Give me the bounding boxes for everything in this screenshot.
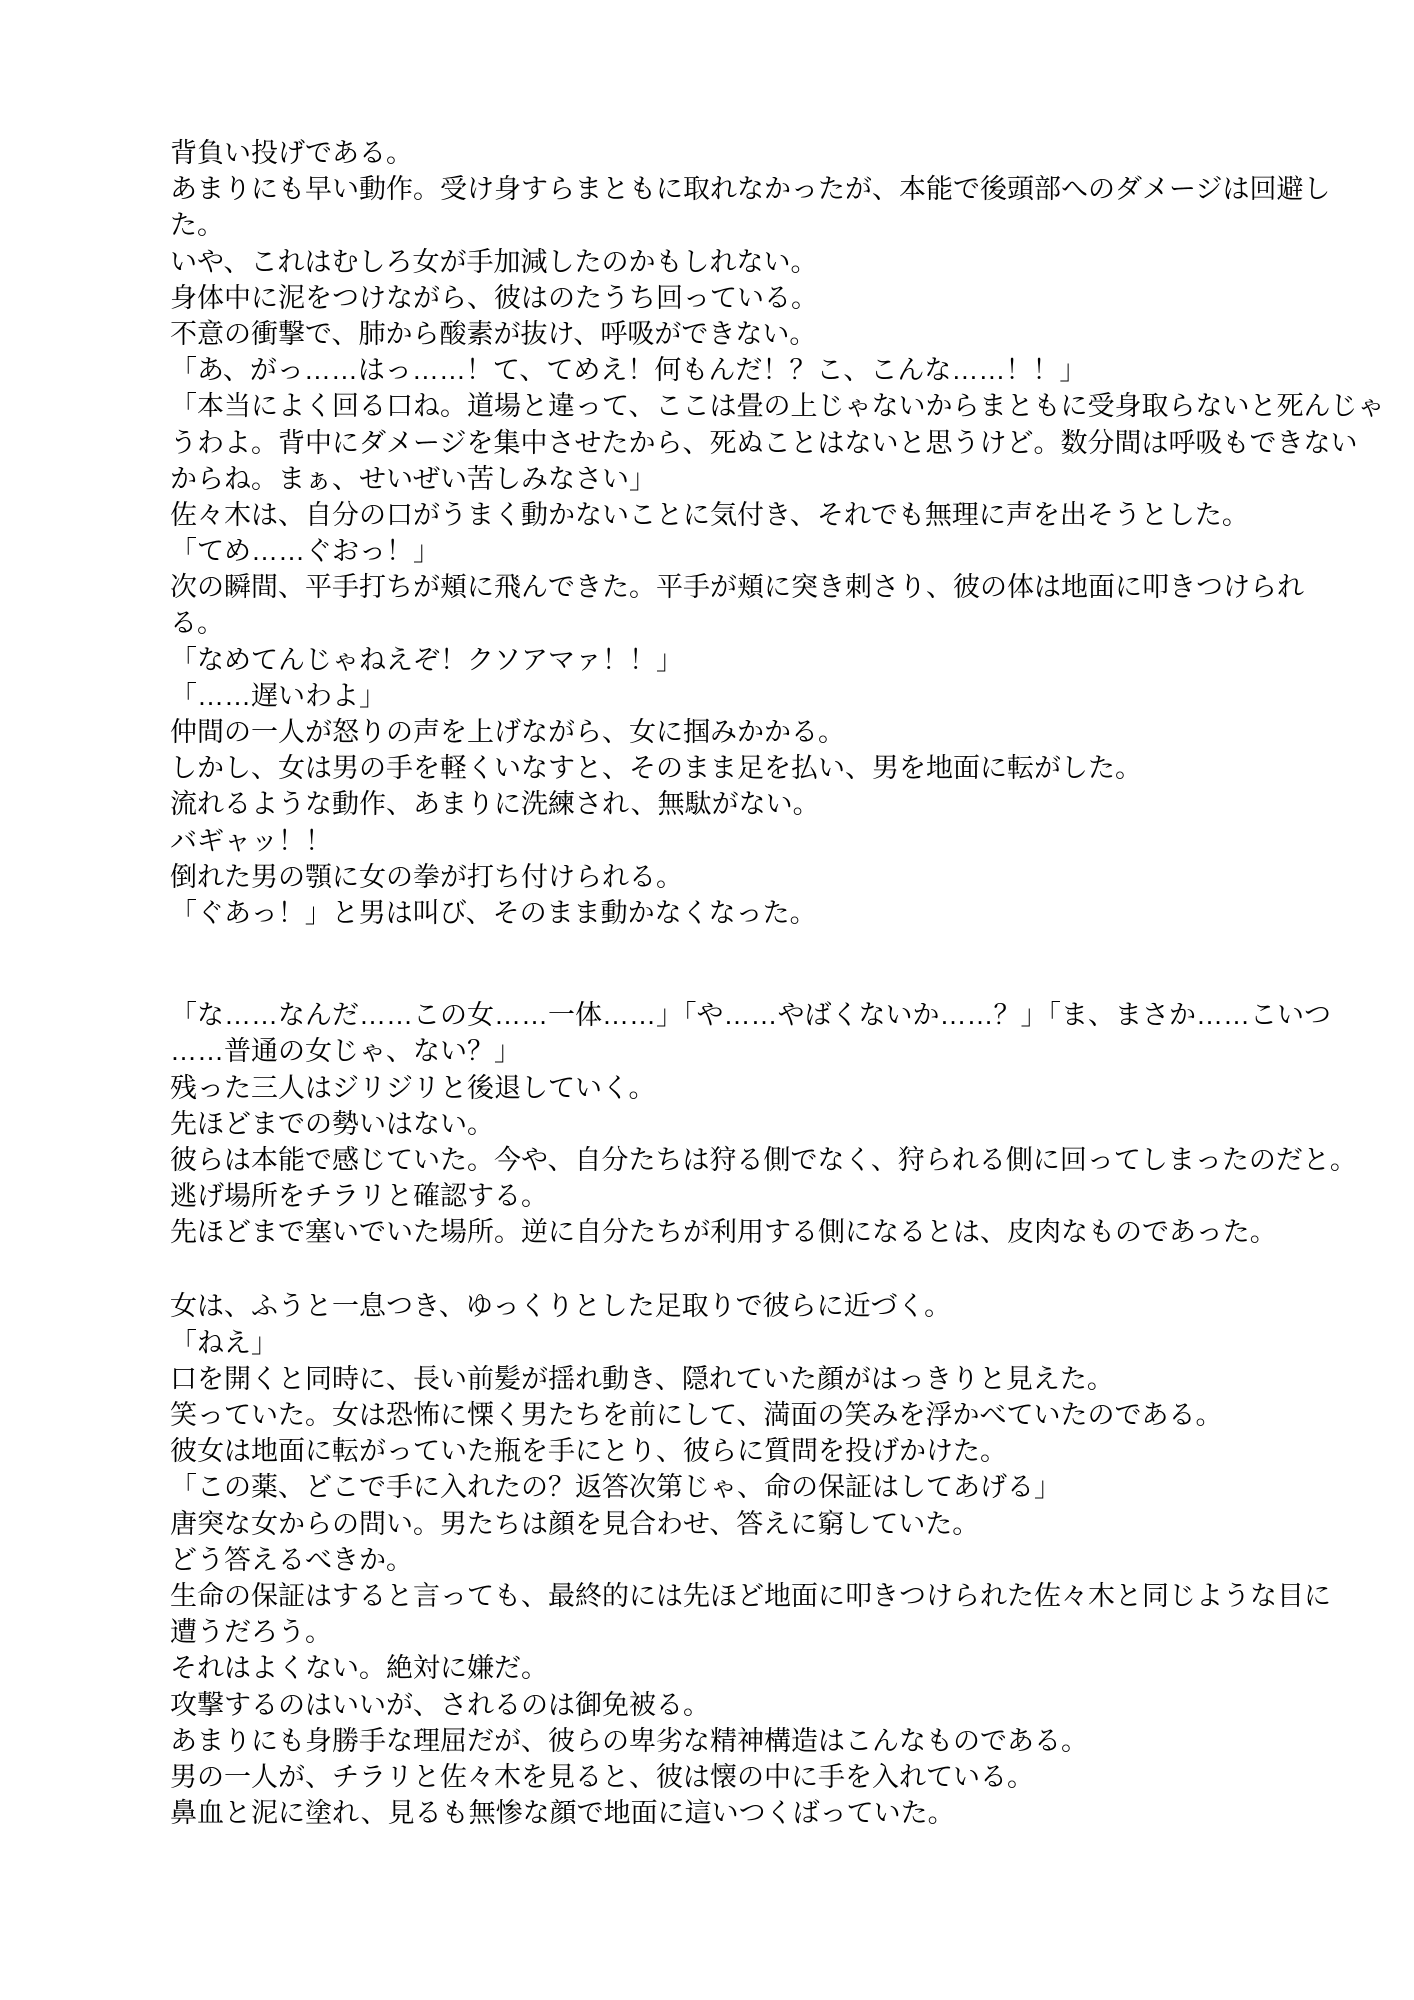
paragraph-block-question: 女は、ふうと一息つき、ゆっくりとした足取りで彼らに近づく。「ねえ」口を開くと同時…: [170, 1288, 1290, 1831]
text-line: しかし、女は男の手を軽くいなすと、そのまま足を払い、男を地面に転がした。: [170, 750, 1290, 786]
text-line: 不意の衝撃で、肺から酸素が抜け、呼吸ができない。: [170, 316, 1290, 352]
text-line: 男の一人が、チラリと佐々木を見ると、彼は懐の中に手を入れている。: [170, 1759, 1290, 1795]
text-line: 次の瞬間、平手打ちが頬に飛んできた。平手が頬に突き刺さり、彼の体は地面に叩きつけ…: [170, 569, 1290, 605]
text-line: いや、これはむしろ女が手加減したのかもしれない。: [170, 244, 1290, 280]
text-line: 遭うだろう。: [170, 1614, 1290, 1650]
text-line: 先ほどまでの勢いはない。: [170, 1106, 1290, 1142]
text-line: 彼女は地面に転がっていた瓶を手にとり、彼らに質問を投げかけた。: [170, 1433, 1290, 1469]
text-line: 先ほどまで塞いでいた場所。逆に自分たちが利用する側になるとは、皮肉なものであった…: [170, 1214, 1290, 1250]
text-line: 「ねえ」: [170, 1325, 1290, 1361]
paragraph-gap: [170, 1250, 1290, 1288]
text-line: 「てめ……ぐおっ！」: [170, 533, 1290, 569]
text-line: 佐々木は、自分の口がうまく動かないことに気付き、それでも無理に声を出そうとした。: [170, 497, 1290, 533]
text-line: ……普通の女じゃ、ない？」: [170, 1033, 1290, 1069]
text-line: 仲間の一人が怒りの声を上げながら、女に掴みかかる。: [170, 714, 1290, 750]
text-line: る。: [170, 605, 1290, 641]
text-line: どう答えるべきか。: [170, 1542, 1290, 1578]
text-line: 鼻血と泥に塗れ、見るも無惨な顔で地面に這いつくばっていた。: [170, 1795, 1290, 1831]
text-line: それはよくない。絶対に嫌だ。: [170, 1650, 1290, 1686]
document-text-area: 背負い投げである。あまりにも早い動作。受け身すらまともに取れなかったが、本能で後…: [170, 135, 1290, 1831]
text-line: 「あ、がっ……はっ……！て、てめえ！何もんだ！？こ、こんな……！！」: [170, 352, 1290, 388]
text-line: 倒れた男の顎に女の拳が打ち付けられる。: [170, 859, 1290, 895]
text-line: 笑っていた。女は恐怖に慄く男たちを前にして、満面の笑みを浮かべていたのである。: [170, 1397, 1290, 1433]
text-line: うわよ。背中にダメージを集中させたから、死ぬことはないと思うけど。数分間は呼吸も…: [170, 425, 1290, 461]
text-line: 「な……なんだ……この女……一体……」「や……やばくないか……？」「ま、まさか……: [170, 997, 1290, 1033]
text-line: 残った三人はジリジリと後退していく。: [170, 1070, 1290, 1106]
text-line: 「……遅いわよ」: [170, 678, 1290, 714]
text-line: 攻撃するのはいいが、されるのは御免被る。: [170, 1687, 1290, 1723]
text-line: 唐突な女からの問い。男たちは顔を見合わせ、答えに窮していた。: [170, 1506, 1290, 1542]
text-line: からね。まぁ、せいぜい苦しみなさい」: [170, 461, 1290, 497]
text-line: 逃げ場所をチラリと確認する。: [170, 1178, 1290, 1214]
paragraph-block-fight: 背負い投げである。あまりにも早い動作。受け身すらまともに取れなかったが、本能で後…: [170, 135, 1290, 931]
text-line: 背負い投げである。: [170, 135, 1290, 171]
paragraph-gap: [170, 931, 1290, 997]
text-line: 「本当によく回る口ね。道場と違って、ここは畳の上じゃないからまともに受身取らない…: [170, 388, 1290, 424]
text-line: 身体中に泥をつけながら、彼はのたうち回っている。: [170, 280, 1290, 316]
text-line: 生命の保証はすると言っても、最終的には先ほど地面に叩きつけられた佐々木と同じよう…: [170, 1578, 1290, 1614]
document-page: 背負い投げである。あまりにも早い動作。受け身すらまともに取れなかったが、本能で後…: [0, 0, 1414, 2000]
text-line: あまりにも身勝手な理屈だが、彼らの卑劣な精神構造はこんなものである。: [170, 1723, 1290, 1759]
text-line: 「なめてんじゃねえぞ！クソアマァ！！」: [170, 642, 1290, 678]
text-line: 流れるような動作、あまりに洗練され、無駄がない。: [170, 786, 1290, 822]
text-line: 「ぐあっ！」と男は叫び、そのまま動かなくなった。: [170, 895, 1290, 931]
text-line: バギャッ！！: [170, 823, 1290, 859]
paragraph-block-retreat: 「な……なんだ……この女……一体……」「や……やばくないか……？」「ま、まさか……: [170, 997, 1290, 1250]
text-line: た。: [170, 207, 1290, 243]
text-line: 女は、ふうと一息つき、ゆっくりとした足取りで彼らに近づく。: [170, 1288, 1290, 1324]
text-line: 口を開くと同時に、長い前髪が揺れ動き、隠れていた顔がはっきりと見えた。: [170, 1361, 1290, 1397]
text-line: あまりにも早い動作。受け身すらまともに取れなかったが、本能で後頭部へのダメージは…: [170, 171, 1290, 207]
text-line: 「この薬、どこで手に入れたの？返答次第じゃ、命の保証はしてあげる」: [170, 1469, 1290, 1505]
text-line: 彼らは本能で感じていた。今や、自分たちは狩る側でなく、狩られる側に回ってしまった…: [170, 1142, 1290, 1178]
